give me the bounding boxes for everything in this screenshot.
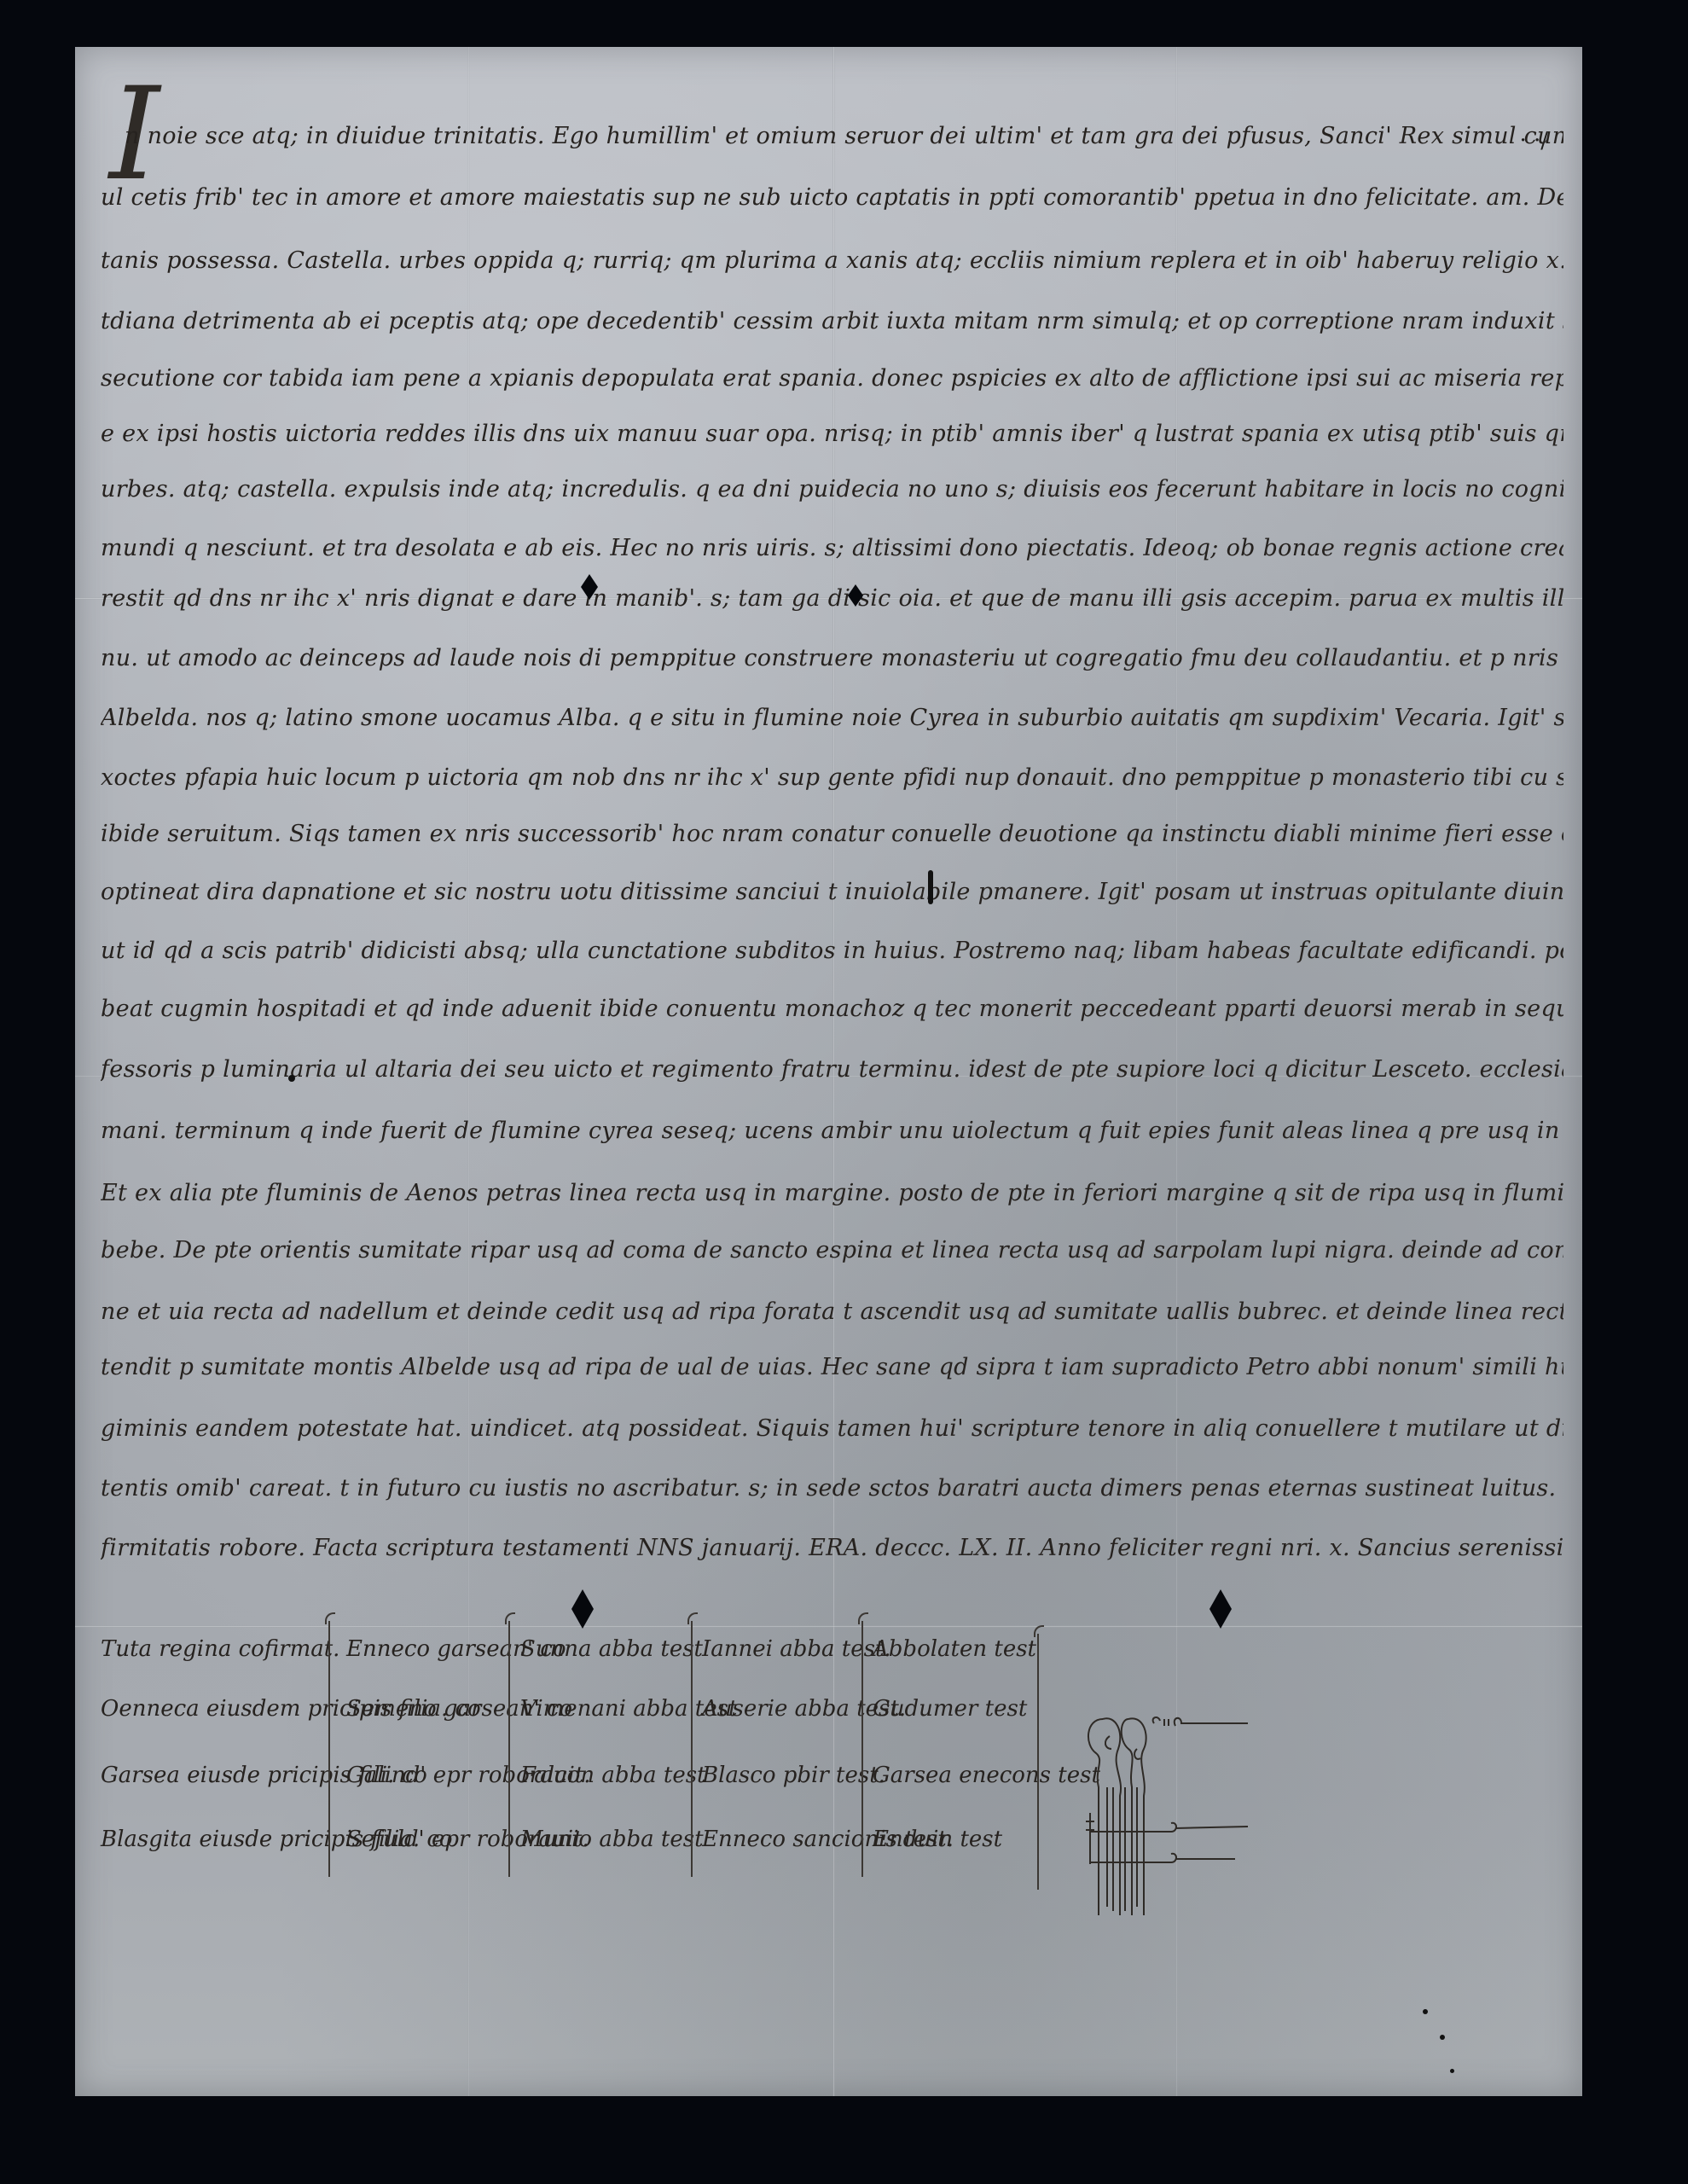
column-bracket — [691, 1621, 693, 1877]
text-line: tendit p sumitate montis Albelde usq ad … — [101, 1353, 1563, 1382]
signature: Tuta regina cofirmat. — [101, 1635, 339, 1663]
ink-mark — [928, 870, 933, 904]
text-line: tdiana detrimenta ab ei pceptis atq; ope… — [101, 307, 1563, 336]
parchment-charter: I · ·/ n noie sce atq; in diuidue trinit… — [75, 47, 1582, 2096]
text-line: e ex ipsi hostis uictoria reddes illis d… — [101, 420, 1563, 449]
signature: Sunna abba test — [520, 1635, 703, 1663]
text-line: mani. terminum q inde fuerit de flumine … — [101, 1117, 1563, 1146]
signature: Falcon abba test — [520, 1762, 706, 1789]
parchment-hole — [571, 1589, 594, 1629]
text-line: ibide seruitum. Siqs tamen ex nris succe… — [101, 820, 1563, 849]
text-line: n noie sce atq; in diuidue trinitatis. E… — [125, 122, 1563, 151]
text-line: Et ex alia pte fluminis de Aenos petras … — [101, 1179, 1563, 1208]
signature: Blasco pbir test. — [702, 1762, 885, 1789]
text-line: beat cugmin hospitadi et qd inde aduenit… — [101, 995, 1563, 1024]
text-line: fessoris p luminaria ul altaria dei seu … — [101, 1055, 1563, 1084]
text-line: tanis possessa. Castella. urbes oppida q… — [101, 247, 1563, 276]
text-line: nu. ut amodo ac deinceps ad laude nois d… — [101, 644, 1563, 673]
text-line: secutione cor tabida iam pene a xpianis … — [101, 364, 1563, 393]
horizontal-fold — [75, 1625, 1582, 1628]
text-line: urbes. atq; castella. expulsis inde atq;… — [101, 475, 1563, 504]
signature: Gudumer test — [873, 1695, 1027, 1722]
signum-monogram — [1043, 1702, 1299, 1924]
column-bracket — [861, 1621, 863, 1877]
ink-mark — [1423, 2009, 1428, 2014]
column-bracket — [1037, 1634, 1039, 1890]
text-line: optineat dira dapnatione et sic nostru u… — [101, 878, 1563, 907]
text-line: tentis omib' careat. t in futuro cu iust… — [101, 1474, 1563, 1503]
signature: Abbolaten test — [873, 1635, 1036, 1663]
text-line: ut id qd a scis patrib' didicisti absq; … — [101, 937, 1563, 966]
text-line: ul cetis frib' tec in amore et amore mai… — [101, 183, 1563, 212]
ink-mark — [1450, 2069, 1454, 2073]
text-line: firmitatis robore. Facta scriptura testa… — [101, 1534, 1563, 1563]
text-line: mundi q nesciunt. et tra desolata e ab e… — [101, 534, 1563, 563]
text-line: ne et uia recta ad nadellum et deinde ce… — [101, 1298, 1563, 1327]
parchment-hole — [1209, 1589, 1232, 1629]
column-bracket — [328, 1621, 330, 1877]
text-line: Albelda. nos q; latino smone uocamus Alb… — [101, 704, 1563, 733]
text-line: giminis eandem potestate hat. uindicet. … — [101, 1414, 1563, 1443]
text-line: bebe. De pte orientis sumitate ripar usq… — [101, 1236, 1563, 1265]
ink-mark — [288, 1075, 295, 1082]
text-line: restit qd dns nr ihc x' nris dignat e da… — [101, 584, 1563, 613]
column-bracket — [508, 1621, 510, 1877]
signature: Enduin test — [873, 1826, 1002, 1853]
ink-mark — [1440, 2035, 1445, 2040]
text-line: xoctes pfapia huic locum p uictoria qm n… — [101, 764, 1563, 793]
signature: Munio abba test — [520, 1826, 704, 1853]
